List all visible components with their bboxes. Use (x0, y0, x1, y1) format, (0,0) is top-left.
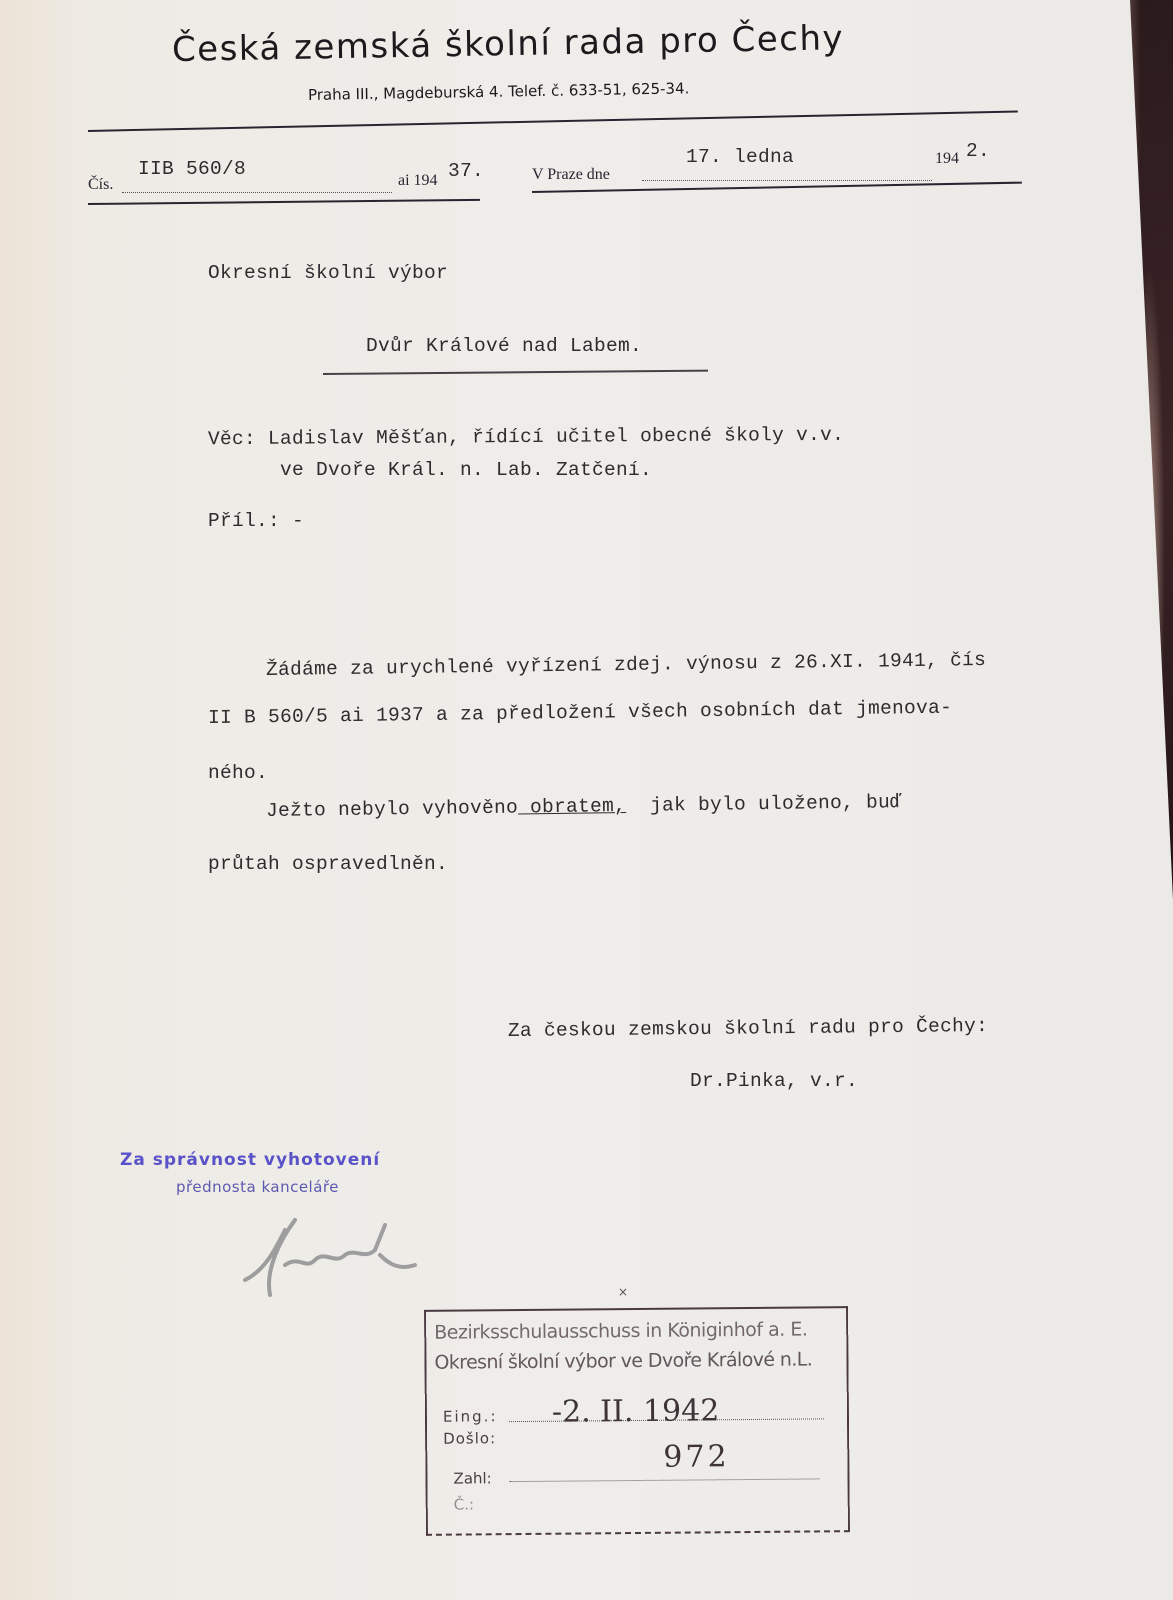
body-p2-text-after: jak bylo uloženo, buď (626, 791, 902, 817)
body-p1-line3: ného. (208, 762, 268, 784)
body-p2-line2: průtah ospravedlněn. (208, 853, 448, 875)
signature-line1: Za českou zemskou školní radu pro Čechy: (508, 1015, 988, 1042)
verification-stamp-line1: Za správnost vyhotovení (120, 1150, 380, 1170)
verification-stamp-line2: přednosta kanceláře (176, 1178, 339, 1196)
receipt-stamp: Bezirksschulausschuss in Königinhof a. E… (424, 1306, 850, 1536)
body-p2-text-before: Ježto nebylo vyhověno (266, 796, 518, 822)
letterhead-title: Česká zemská školní rada pro Čechy (172, 18, 845, 70)
letterhead-rule (88, 111, 1018, 132)
stamp-mark: × (618, 1285, 628, 1299)
date-year-value: 2. (966, 140, 990, 162)
reference-rule (88, 199, 480, 205)
document-page: Česká zemská školní rada pro Čechy Praha… (0, 0, 1173, 1600)
receipt-stamp-line2: Okresní školní výbor ve Dvoře Králové n.… (434, 1348, 812, 1373)
letterhead-address: Praha III., Magdeburská 4. Telef. č. 633… (308, 79, 690, 104)
date-place-label: V Praze dne (532, 166, 610, 184)
reference-number-dots (122, 192, 392, 193)
received-date: -2. II. 1942 (552, 1393, 720, 1429)
attachments: Příl.: - (208, 510, 304, 532)
date-dots (642, 180, 932, 181)
addressee-line1: Okresní školní výbor (208, 262, 448, 284)
date-year-label: 194 (935, 150, 959, 168)
receipt-stamp-line1: Bezirksschulausschuss in Königinhof a. E… (434, 1319, 807, 1344)
reference-number-label: Čís. (88, 176, 113, 194)
reference-year-label: ai 194 (398, 172, 438, 190)
body-p2-line1: Ježto nebylo vyhověno obratem, jak bylo … (266, 791, 902, 822)
subject-line2: ve Dvoře Král. n. Lab. Zatčení. (280, 459, 652, 481)
number-value: 972 (663, 1439, 730, 1475)
addressee-underline (323, 370, 708, 375)
received-label-de: Eing.: (443, 1407, 498, 1425)
number-label: Zahl: (453, 1469, 491, 1487)
body-p1-line2: II B 560/5 ai 1937 a za předložení všech… (208, 697, 952, 729)
date-value: 17. ledna (686, 146, 794, 168)
reference-number-value: IIB 560/8 (138, 158, 246, 180)
body-p2-underlined: obratem, (518, 795, 626, 819)
handwritten-signature-icon (225, 1210, 425, 1310)
addressee-line2: Dvůr Králové nad Labem. (366, 335, 642, 357)
number-dots (510, 1478, 820, 1482)
cislo-label: Č.: (454, 1495, 474, 1513)
subject-line1: Věc: Ladislav Měšťan, řídící učitel obec… (208, 424, 844, 450)
body-p1-line1: Žádáme za urychlené vyřízení zdej. výnos… (266, 649, 986, 681)
received-label-cs: Došlo: (443, 1429, 496, 1447)
signature-line2: Dr.Pinka, v.r. (690, 1070, 858, 1092)
reference-year-value: 37. (448, 160, 484, 182)
